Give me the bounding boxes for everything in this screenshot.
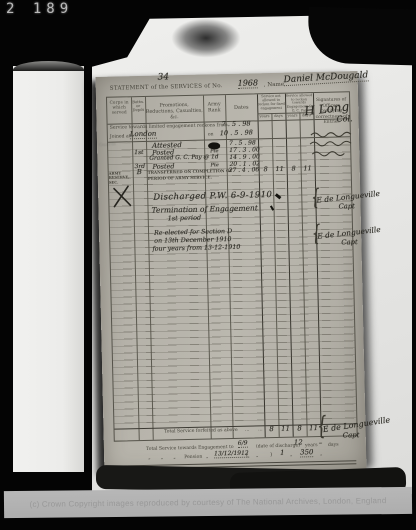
reserve-date: 27 . 4 . 06 <box>229 166 260 174</box>
header-dates: Dates <box>225 104 257 111</box>
header-corps: Corps in which served <box>107 100 131 115</box>
pension-date: 13/12/1912 <box>214 450 249 459</box>
subheader-years: years <box>257 114 271 118</box>
signature-top-rank: Col. <box>336 114 352 123</box>
reserve-gc-days: 11 <box>301 164 315 172</box>
signature-totals-rank: Capt <box>343 431 360 439</box>
joined-date: 10 . 5 . 98 <box>220 128 253 137</box>
days-word: days <box>328 443 339 448</box>
reserve-battn: B <box>137 168 142 176</box>
engagement-date: 6/9 <box>238 440 248 448</box>
microfilm-scan: 2 189 34 STATEMENT of the SERVICES of No… <box>0 0 416 530</box>
copyright-strip: (c) Crown Copyright images reproduced by… <box>4 487 412 518</box>
name-label: , Name <box>264 82 285 88</box>
engagement-years: 12 <box>294 438 303 446</box>
signature-mid-rank: Capt <box>338 202 355 210</box>
pension-days: 350 <box>300 448 314 457</box>
form-title: STATEMENT of the SERVICES of No. <box>110 83 223 92</box>
cross-mark <box>111 185 133 207</box>
joined-label: Joined at <box>110 134 131 139</box>
signature-low-rank: Capt <box>341 238 358 246</box>
discharge-line3: 1st period <box>168 214 202 223</box>
totals-na-days: 11 <box>278 425 292 433</box>
note-date1: 7 . 5 . 98 <box>222 120 251 129</box>
frame-counter: 2 189 <box>6 1 73 17</box>
reserve-gc-years: 8 <box>287 164 301 172</box>
engagement-days: – <box>319 439 323 447</box>
copyright-text: (c) Crown Copyright images reproduced by… <box>30 496 387 509</box>
header-service-not-allowed: Service not allowed to reckon for fixed … <box>257 95 285 111</box>
illegible-note-scribbles <box>309 129 356 162</box>
service-number: 1968 <box>238 78 259 88</box>
left-strip-shadow-rim <box>13 61 84 71</box>
joined-place: London <box>130 130 157 140</box>
subheader-years: years <box>285 113 299 117</box>
reserve-na-days: 11 <box>273 165 287 173</box>
page-number: 34 <box>157 72 169 82</box>
ditto-mark: „ <box>320 452 323 457</box>
ditto-mark: „ <box>290 453 293 458</box>
totals-gc-years: 8 <box>292 424 306 432</box>
reserve-na-years: 8 <box>259 165 273 173</box>
header-rank: Army Rank <box>203 102 225 114</box>
paren-open: ( <box>246 453 248 459</box>
ditto-mark: „ <box>206 455 209 460</box>
totals-na-years: 8 <box>264 425 278 433</box>
reserve-corps: ARMY RESERVE, SEC. <box>109 171 133 184</box>
ditto-mark: „ <box>256 453 259 458</box>
pension-label: Pension <box>184 455 202 460</box>
subheader-days: days <box>271 114 285 118</box>
left-paper-strip <box>13 66 84 472</box>
soldier-name: Daniel McDougald <box>283 70 368 86</box>
header-promotions: Promotions, Reductions, Casualties, &c. <box>145 103 203 122</box>
ditto-marks: „ „ „ <box>148 455 176 461</box>
ruled-lines <box>108 138 356 428</box>
joined-on-label: on <box>208 132 214 137</box>
pension-years: 1 <box>280 449 285 457</box>
paren-close: ) <box>270 452 272 458</box>
entry-battn: 1st <box>134 149 143 156</box>
header-battn: Battn. or Depôt <box>131 100 145 113</box>
exposure-smudge <box>160 12 252 64</box>
service-record-form: 34 STATEMENT of the SERVICES of No. 1968… <box>96 71 367 475</box>
